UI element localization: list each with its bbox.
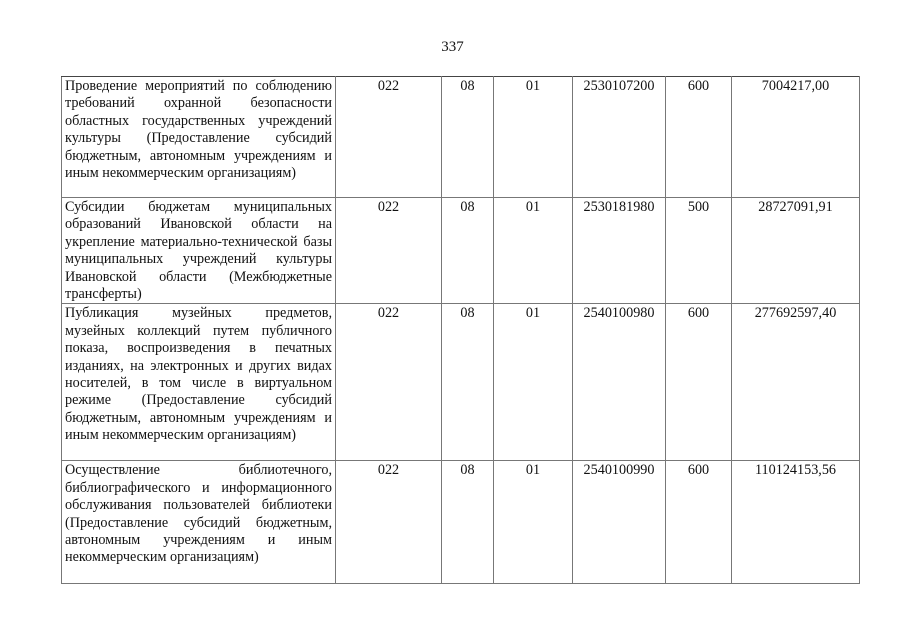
table-row: Осуществление библиотечного, библиографи… <box>62 461 860 584</box>
page-number: 337 <box>0 38 905 56</box>
ministry-code: 022 <box>336 198 442 304</box>
row-description: Публикация музейных предметов, музейных … <box>62 304 336 461</box>
amount: 7004217,00 <box>732 77 860 198</box>
target-article-code: 2530181980 <box>573 198 666 304</box>
section-code: 08 <box>442 461 494 584</box>
amount: 110124153,56 <box>732 461 860 584</box>
budget-table: Проведение мероприятий по соблюдению тре… <box>61 76 860 584</box>
expense-type-code: 600 <box>666 304 732 461</box>
target-article-code: 2540100990 <box>573 461 666 584</box>
row-description: Субсидии бюджетам муниципальных образова… <box>62 198 336 304</box>
subsection-code: 01 <box>494 304 573 461</box>
section-code: 08 <box>442 198 494 304</box>
row-description: Осуществление библиотечного, библиографи… <box>62 461 336 584</box>
section-code: 08 <box>442 77 494 198</box>
section-code: 08 <box>442 304 494 461</box>
ministry-code: 022 <box>336 77 442 198</box>
table-row: Субсидии бюджетам муниципальных образова… <box>62 198 860 304</box>
subsection-code: 01 <box>494 198 573 304</box>
target-article-code: 2540100980 <box>573 304 666 461</box>
ministry-code: 022 <box>336 461 442 584</box>
table-row: Проведение мероприятий по соблюдению тре… <box>62 77 860 198</box>
row-description: Проведение мероприятий по соблюдению тре… <box>62 77 336 198</box>
amount: 277692597,40 <box>732 304 860 461</box>
target-article-code: 2530107200 <box>573 77 666 198</box>
subsection-code: 01 <box>494 77 573 198</box>
subsection-code: 01 <box>494 461 573 584</box>
ministry-code: 022 <box>336 304 442 461</box>
expense-type-code: 600 <box>666 461 732 584</box>
expense-type-code: 500 <box>666 198 732 304</box>
amount: 28727091,91 <box>732 198 860 304</box>
table-row: Публикация музейных предметов, музейных … <box>62 304 860 461</box>
expense-type-code: 600 <box>666 77 732 198</box>
